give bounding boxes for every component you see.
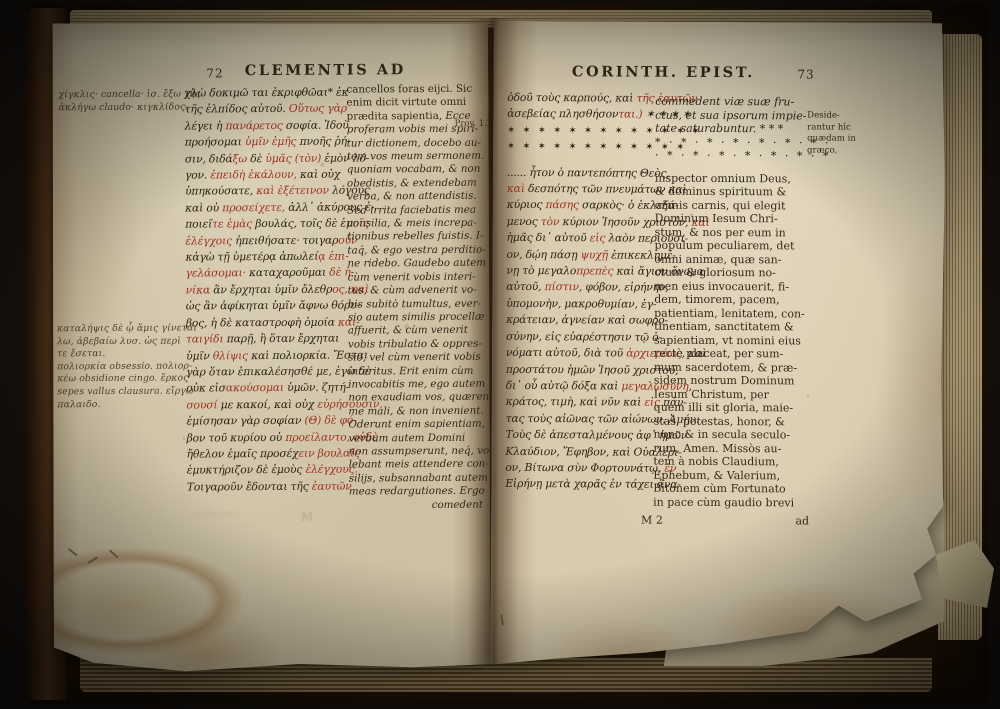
text-line: Τοιγαροῦν ἔδονται τῆς ἑαυτῶν — [187, 478, 347, 495]
text-line: rum, Amen. Missòs au- — [653, 441, 805, 455]
text-line: ctum & gloriosum no- — [654, 266, 806, 280]
text-line: οὐκ εἰσακούσομαι ὑμῶν. ζητή- — [186, 380, 346, 397]
text-line: ἡμᾶς δι᾽ αὐτοῦ εἰς λαὸν περιούσι- — [507, 230, 665, 247]
text-line: tem vos meum sermonem. — [347, 150, 487, 164]
text-line: omnis carnis, qui elegit — [655, 198, 807, 212]
left-page: 72 CLEMENTIS AD χίγκλις· cancella· ἰσ. ἔ… — [50, 21, 492, 674]
text-line: taq́, & ego vestra perditio- — [347, 244, 487, 258]
text-line: ἤθελον ἐμαῖς προσέχειν βουλαῖς — [187, 445, 347, 462]
text-line: παλαιδο. — [57, 398, 197, 411]
text-line: quædam in — [807, 133, 863, 145]
text-line: sapientiam, vt nomini eius — [654, 333, 806, 347]
text-line: patientiam, lenitatem, con- — [654, 306, 806, 320]
text-line: obedistis, & extendebam — [347, 177, 487, 191]
handwritten-note-top: χίγκλις· cancella· ἰσ. ἔξω τῆςἀκλήγω cla… — [58, 88, 198, 114]
margin-note-desiderantur: Deside-rantur hîcquædam ingræco, — [807, 110, 863, 156]
text-line: κράτειαν, ἁγνείαν καὶ σωφρο- — [506, 312, 664, 329]
text-line: ὡς ἂν ἀφίκηται ὑμῖν ἄφνω θόρυ- — [186, 298, 346, 315]
text-line: meas redargutiones. Ergo — [349, 485, 489, 499]
text-line: καταλήψις δὲ ᾧ ἅμις γίνεται — [57, 322, 197, 335]
text-line: non exaudiam vos, quærent — [348, 391, 488, 405]
text-line: me mali, & non invenient. — [348, 404, 488, 418]
catchword: ad — [795, 514, 809, 527]
text-line: populum peculiarem, det — [654, 239, 806, 253]
text-line: σιν, διδάξω δὲ ὑμᾶς (τὸν) ἐμὸν λό- — [185, 150, 345, 167]
text-line: ctus, et sua ipsorum impie- — [655, 108, 807, 122]
text-line: ὑμῖν θλίψις καὶ πολιορκία. Ἔσται — [186, 347, 346, 364]
text-line: Εἰρήνῃ μετὰ χαρᾶς ἐν τάχει ἀνα- — [505, 476, 663, 493]
text-line: μενος τὸν κύριον Ἰησοῦν χριστόν, καὶ — [507, 214, 665, 231]
text-line: comedent — [349, 498, 489, 512]
right-page-wrap: CORINTH. EPIST. 73 ὁδοῦ τοὺς καρπούς, κα… — [492, 22, 944, 666]
text-line: Bitonem cùm Fortunato — [653, 482, 805, 496]
text-line: interitus. Erit enim cùm — [348, 364, 488, 378]
text-line: κράτος, τιμὴ, καὶ νῦν καὶ εἰς πάν- — [506, 394, 664, 411]
text-line: silijs, subsannabant autem — [349, 471, 489, 485]
text-line: enim dicit virtute omni — [346, 96, 486, 110]
text-line: ὑπομονὴν, μακροθυμίαν, ἐγ- — [506, 296, 664, 313]
greek-text-column-left: χλὼ δοκιμῶ ται ἐκριφθῶαι* ἐκτῆς ἐλπίδος … — [184, 85, 347, 496]
text-line: κύριος πάσης σαρκὸς· ὁ ἐκλεξά- — [507, 197, 665, 214]
text-line: * · * · * · * · * · * · * · — [655, 135, 807, 149]
text-line: Deside- — [807, 110, 863, 122]
show-through-text: cancellos — [193, 508, 240, 519]
text-line: sio autem similis procellæ — [348, 311, 488, 325]
right-page: CORINTH. EPIST. 73 ὁδοῦ τοὺς καρπούς, κα… — [490, 21, 945, 667]
text-line: κἀγὼ τῇ ὑμετέρᾳ ἀπωλείᾳ ἐπι- — [185, 249, 345, 266]
latin-text-column-left: cancellos foras eijci. Sicenim dicit vir… — [346, 83, 489, 513]
text-line: γὰρ ὅταν ἐπικαλέσησθέ με, ἐγὼ δὲ — [186, 363, 346, 380]
text-line: tem à nobis Claudium, — [653, 455, 805, 469]
text-line: stum, & nos per eum in — [655, 225, 807, 239]
text-line: affuerit, & cùm venerit — [348, 324, 488, 338]
text-line: non assumpserunt, neq́, vo- — [349, 445, 489, 459]
text-line: sio, vel cùm venerit vobis — [348, 351, 488, 365]
latin-text-column-right: commedent viæ suæ fru-ctus, et sua ipsor… — [653, 95, 807, 510]
text-line: δι᾽ οὗ αὐτῷ δόξα καὶ μεγαλωσύνη, — [506, 378, 664, 395]
text-line: σύνην, εἰς εὐαρέστησιν τῷ ὀ- — [506, 329, 664, 346]
text-line: inspector omnium Deus, — [655, 171, 807, 185]
text-line: ον, Βίτωνα σὺν Φορτουνάτῳ, ἐν — [505, 460, 663, 477]
text-line: verbum autem Domini — [349, 431, 489, 445]
signature-and-catchword: M 2 ad — [641, 514, 809, 528]
text-line: χίγκλις· cancella· ἰσ. ἔξω τῆς — [58, 88, 198, 101]
text-line: τας τοὺς αἰῶνας τῶν αἰώνων. Ἀμήν. — [506, 411, 664, 428]
text-line: ne ridebo. Gaudebo autem — [347, 257, 487, 271]
text-line: Τοὺς δὲ ἀπεσταλμένους ἀφ᾽ ἡμῶν — [505, 427, 663, 444]
text-line: νίκα ἂν ἔρχηται ὑμῖν ὄλεθρος, καὶ — [186, 281, 346, 298]
text-line: & dominus spirituum & — [655, 185, 807, 199]
text-line: sepes vallus clausura. εἴργω — [57, 385, 197, 398]
text-line: ✶ ✶ ✶ ✶ ✶ ✶ ✶ ✶ ✶ ✶ ✶ ✶ ✶ — [507, 123, 665, 140]
text-line: καὶ δεσπότης τῶν πνευμάτων καὶ — [507, 181, 665, 198]
text-line: dem, timorem, pacem, — [654, 293, 806, 307]
text-line: Oderunt enim sapientiam, — [348, 418, 488, 432]
text-line: tinentiam, sanctitatem & — [654, 320, 806, 334]
text-line: προστάτου ἡμῶν Ἰησοῦ χριστοῦ, — [506, 361, 664, 378]
binding-stitch — [68, 548, 78, 556]
text-line: tus, & cùm advenerit vo- — [348, 284, 488, 298]
running-title-left: CLEMENTIS AD — [220, 61, 430, 79]
text-line: consilia, & meis increpa- — [347, 217, 487, 231]
binding-stitch — [500, 614, 504, 625]
text-line: stas, potestas, honor, & — [654, 414, 806, 428]
text-line: Sed irrita faciebatis mea — [347, 203, 487, 217]
text-line: lebant meis attendere con- — [349, 458, 489, 472]
text-line: verba, & non attendistis. — [347, 190, 487, 204]
greek-text-column-right: ὁδοῦ τοὺς καρπούς, καὶ τῆς ἑαυτῶνἀσεβεία… — [505, 90, 665, 494]
text-line: ὁδοῦ τοὺς καρπούς, καὶ τῆς ἑαυτῶν — [507, 90, 665, 107]
text-line: omni animæ, quæ san- — [654, 252, 806, 266]
text-line: γον. ἐπειδὴ ἐκάλουν, καὶ οὐχ — [185, 167, 345, 184]
binding-stitch — [88, 556, 99, 563]
text-line: quoniam vocabam, & non — [347, 163, 487, 177]
text-line: mum sacerdotem, & præ- — [654, 360, 806, 374]
text-line: αὐτοῦ, πίστιν, φόβον, εἰρήνην, — [506, 279, 664, 296]
running-title-right: CORINTH. EPIST. — [543, 63, 783, 81]
text-line: ἐμίσησαν γὰρ σοφίαν (Θ) δὲ φό- — [186, 413, 346, 430]
photograph-of-open-book: 72 CLEMENTIS AD χίγκλις· cancella· ἰσ. ἔ… — [0, 0, 1000, 709]
text-line: bis subitò tumultus, ever- — [348, 297, 488, 311]
text-line: ...... ἦτον ὁ παντεπόπτης Θεὸς, — [507, 165, 665, 182]
text-line: tur dictionem, docebo au- — [347, 136, 487, 150]
text-line: προήσομαι ὑμῖν ἐμῆς πνοῆς ῥή- — [185, 134, 345, 151]
text-line: λέγει ἡ πανάρετος σοφία. Ἰδοὺ — [185, 117, 345, 134]
text-line: τε ἔσεται. — [57, 348, 197, 361]
text-line: invocabitis me, ego autem — [348, 378, 488, 392]
text-line: ποιεῖτε ἐμὰς βουλάς, τοῖς δὲ ἐμοῖς — [185, 216, 345, 233]
text-line: quem illi sit gloria, maie- — [654, 401, 806, 415]
text-line: ὑπηκούσατε, καὶ ἐξέτεινον λόγους — [185, 183, 345, 200]
text-line: ἐμυκτήριζον δὲ ἐμοὺς ἐλέγχους. — [187, 462, 347, 479]
text-line: cancellos foras eijci. Sic — [346, 83, 486, 97]
text-line: βον τοῦ κυρίου οὐ προείλαντο, οὐδὲ — [187, 429, 347, 446]
text-line: sidem nostrum Dominum — [654, 374, 806, 388]
text-line: græco, — [807, 145, 863, 157]
text-line: ἐλέγχοις ἠπειθήσατε· τοιγαροῦν — [185, 232, 345, 249]
text-line: Ephebum, & Valerium, — [653, 468, 805, 482]
text-line: tionibus rebelles fuistis. I- — [347, 230, 487, 244]
text-line: ✶ ✶ ✶ ✶ ✶ ✶ ✶ ✶ ✶ ✶ ✶ ✶ — [507, 139, 665, 156]
left-page-wrap: 72 CLEMENTIS AD χίγκλις· cancella· ἰσ. ἔ… — [52, 22, 490, 672]
page-number-right: 73 — [797, 67, 814, 81]
text-line: rectè placeat, per sum- — [654, 347, 806, 361]
text-line: vobis tribulatio & oppres- — [348, 337, 488, 351]
text-line: · * · * · * · * · * · * · * — [655, 149, 807, 163]
text-line: σουσί με κακοί, καὶ οὐχ εὑρήσουσιν. — [186, 396, 346, 413]
text-line: Κλαύδιον, Ἔφηβον, καὶ Οὐαλέρι- — [505, 443, 663, 460]
text-line: ἀκλήγω claudo· κιγκλίδος. — [58, 101, 198, 114]
text-line: τῆς ἐλπίδος αὐτοῦ. Οὕτως γὰρ — [185, 101, 345, 118]
text-line: νῃ τὸ μεγαλοπρεπὲς καὶ ἅγιον ὄνομα — [506, 263, 664, 280]
text-line: λω, ἀβεβαίω λυσ. ὡς περὶ — [57, 335, 197, 348]
text-line: Dominum Iesum Chri- — [655, 212, 807, 226]
show-through-signature: M — [301, 510, 313, 524]
binding-stitch — [109, 550, 119, 559]
text-line: men eius invocauerit, fi- — [654, 279, 806, 293]
text-line: κέω obsidione cingo. ἕρκος — [57, 373, 197, 386]
text-line: in pace cùm gaudio brevi — [653, 495, 805, 509]
text-line: commedent viæ suæ fru- — [655, 95, 807, 109]
text-line: cùm venerit vobis interi- — [348, 270, 488, 284]
text-line: καὶ οὐ προσείχετε, ἀλλ᾽ ἀκύρους ἐ- — [185, 199, 345, 216]
text-line: ταιγίδι παρῇ, ἢ ὅταν ἔρχηται — [186, 331, 346, 348]
text-line: tate saturabuntur. * * * — [655, 122, 807, 136]
text-line: nunc & in secula seculo- — [653, 428, 805, 442]
text-line: γελάσομαι· καταχαροῦμαι δὲ ἡ- — [186, 265, 346, 282]
text-line: Iesum Christum, per — [654, 387, 806, 401]
text-line: νόματι αὐτοῦ, διὰ τοῦ ἀρχιερέως, καὶ — [506, 345, 664, 362]
text-line: βος, ἡ δὲ καταστροφὴ ὁμοία και- — [186, 314, 346, 331]
text-line: ον, δῴη πάσῃ ψυχῇ ἐπικεκλημέ- — [506, 247, 664, 264]
text-line: ἀσεβείας πλησθήσονται.) ✶ ✶ ✶ ✶ — [507, 106, 665, 123]
text-line: χλὼ δοκιμῶ ται ἐκριφθῶαι* ἐκ — [184, 85, 344, 102]
signature-mark: M 2 — [641, 514, 663, 527]
text-line: πολιορκία obsessio. πολιορ- — [57, 360, 197, 373]
text-line: rantur hîc — [807, 122, 863, 134]
handwritten-note-middle: καταλήψις δὲ ᾧ ἅμις γίνεταιλω, ἀβεβαίω λ… — [57, 322, 198, 411]
